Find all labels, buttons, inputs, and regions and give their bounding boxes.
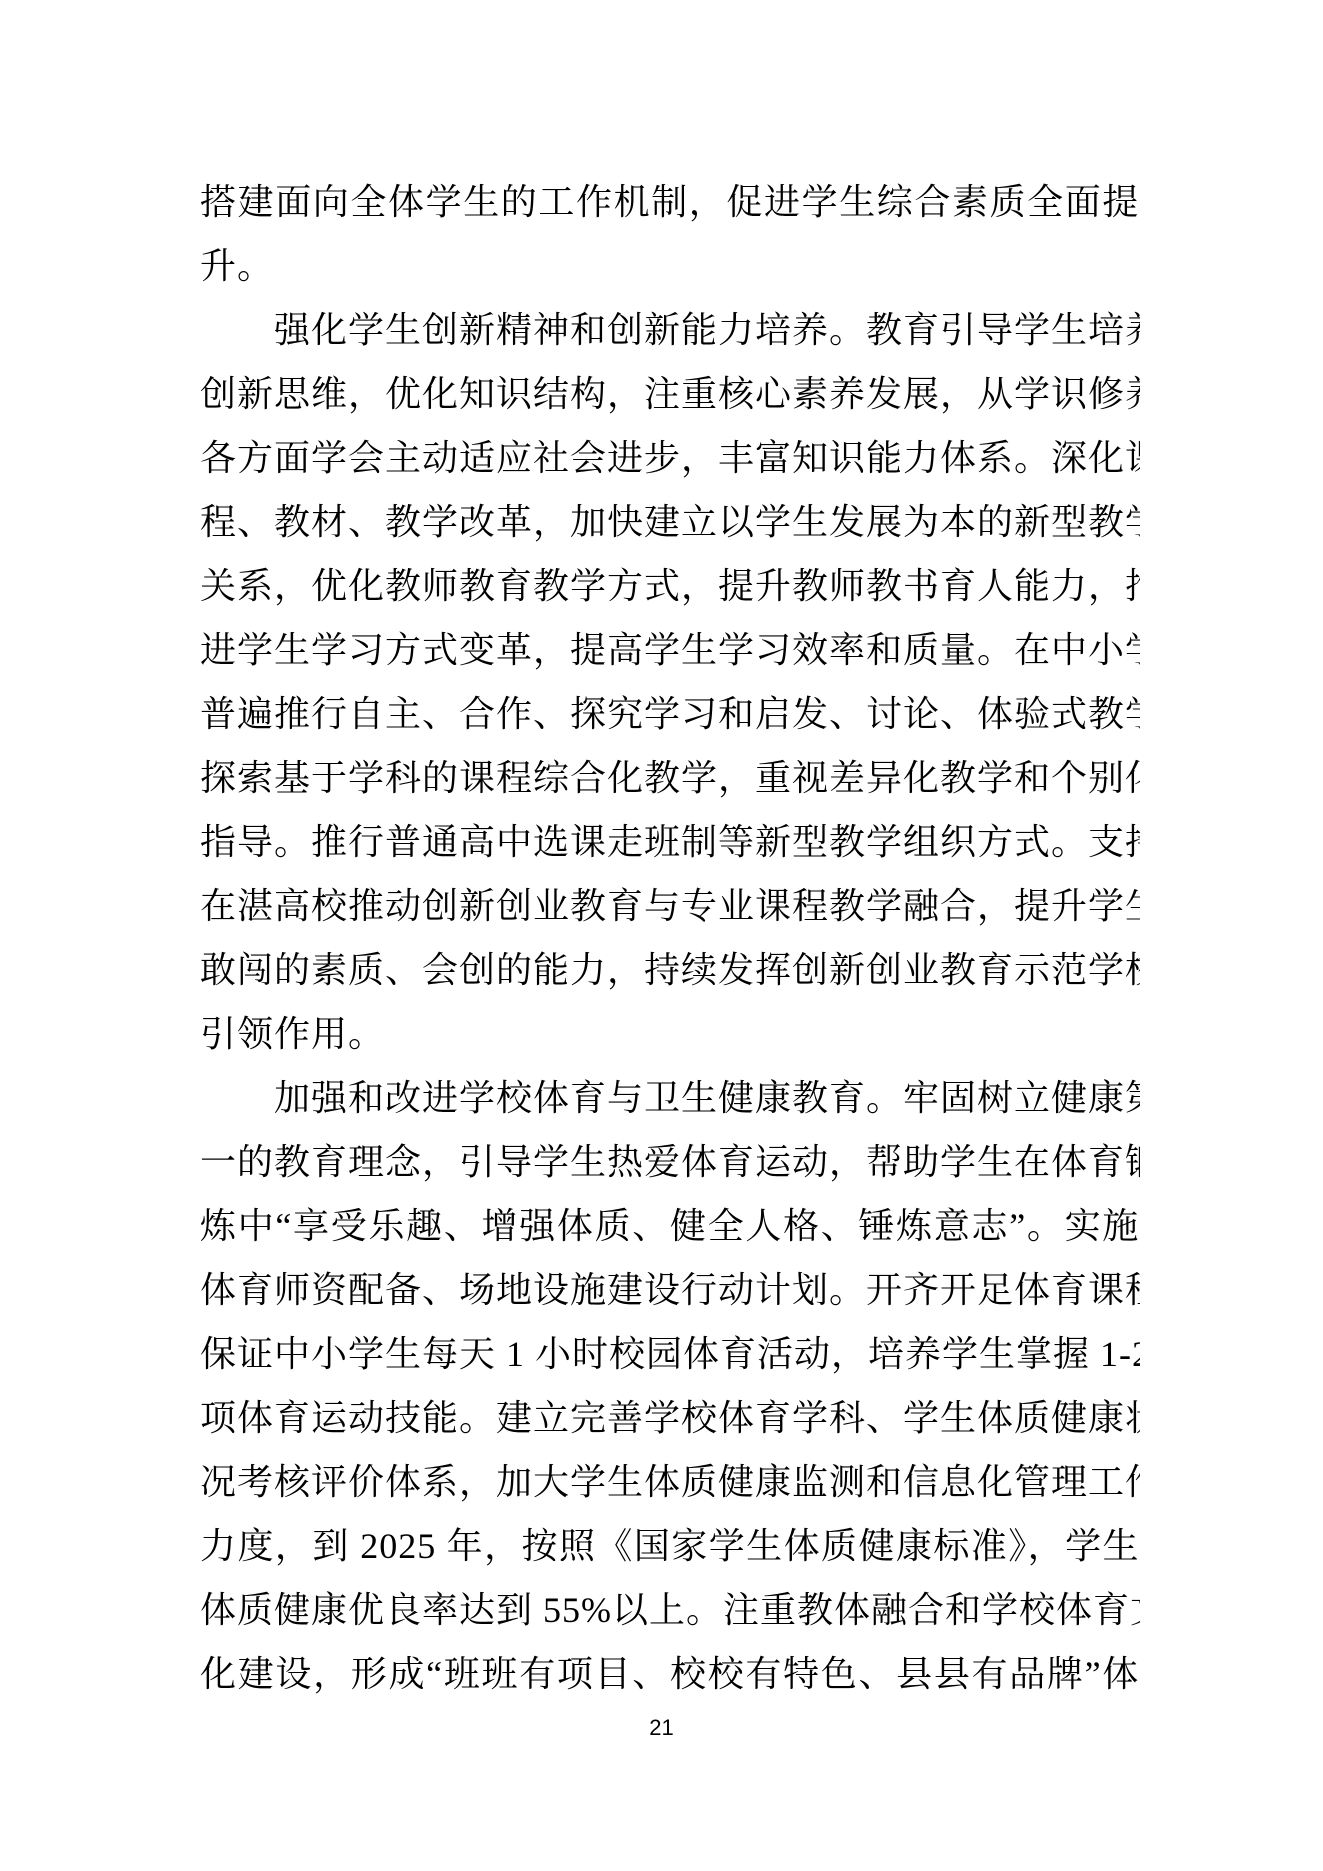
text-line: 炼中“享受乐趣、增强体质、健全人格、锤炼意志”。实施 bbox=[200, 1194, 1140, 1258]
text-line: 一的教育理念，引导学生热爱体育运动，帮助学生在体育锻 bbox=[200, 1130, 1140, 1194]
text-line: 搭建面向全体学生的工作机制，促进学生综合素质全面提 bbox=[200, 170, 1140, 234]
text-line: 在湛高校推动创新创业教育与专业课程教学融合，提升学生 bbox=[200, 874, 1140, 938]
text-line: 普遍推行自主、合作、探究学习和启发、讨论、体验式教学， bbox=[200, 682, 1140, 746]
text-line: 况考核评价体系，加大学生体质健康监测和信息化管理工作 bbox=[200, 1450, 1140, 1514]
text-line: 引领作用。 bbox=[200, 1002, 1140, 1066]
text-line: 进学生学习方式变革，提高学生学习效率和质量。在中小学 bbox=[200, 618, 1140, 682]
text-line: 创新思维，优化知识结构，注重核心素养发展，从学识修养 bbox=[200, 362, 1140, 426]
text-line: 项体育运动技能。建立完善学校体育学科、学生体质健康状 bbox=[200, 1386, 1140, 1450]
text-line: 各方面学会主动适应社会进步，丰富知识能力体系。深化课 bbox=[200, 426, 1140, 490]
text-line: 体育师资配备、场地设施建设行动计划。开齐开足体育课程， bbox=[200, 1258, 1140, 1322]
body-text: 搭建面向全体学生的工作机制，促进学生综合素质全面提升。强化学生创新精神和创新能力… bbox=[200, 170, 1140, 1706]
text-line: 保证中小学生每天 1 小时校园体育活动，培养学生掌握 1-2 bbox=[200, 1322, 1140, 1386]
text-line: 力度，到 2025 年，按照《国家学生体质健康标准》，学生 bbox=[200, 1514, 1140, 1578]
text-line: 敢闯的素质、会创的能力，持续发挥创新创业教育示范学校 bbox=[200, 938, 1140, 1002]
document-page: 搭建面向全体学生的工作机制，促进学生综合素质全面提升。强化学生创新精神和创新能力… bbox=[0, 0, 1323, 1871]
text-line: 体质健康优良率达到 55%以上。注重教体融合和学校体育文 bbox=[200, 1578, 1140, 1642]
text-line: 关系，优化教师教育教学方式，提升教师教书育人能力，推 bbox=[200, 554, 1140, 618]
text-line: 加强和改进学校体育与卫生健康教育。牢固树立健康第 bbox=[200, 1066, 1140, 1130]
text-line: 强化学生创新精神和创新能力培养。教育引导学生培养 bbox=[200, 298, 1140, 362]
text-line: 化建设，形成“班班有项目、校校有特色、县县有品牌”体 bbox=[200, 1642, 1140, 1706]
text-line: 程、教材、教学改革，加快建立以学生发展为本的新型教学 bbox=[200, 490, 1140, 554]
text-line: 探索基于学科的课程综合化教学，重视差异化教学和个别化 bbox=[200, 746, 1140, 810]
page-number: 21 bbox=[0, 1715, 1323, 1741]
text-line: 指导。推行普通高中选课走班制等新型教学组织方式。支持 bbox=[200, 810, 1140, 874]
text-line: 升。 bbox=[200, 234, 1140, 298]
